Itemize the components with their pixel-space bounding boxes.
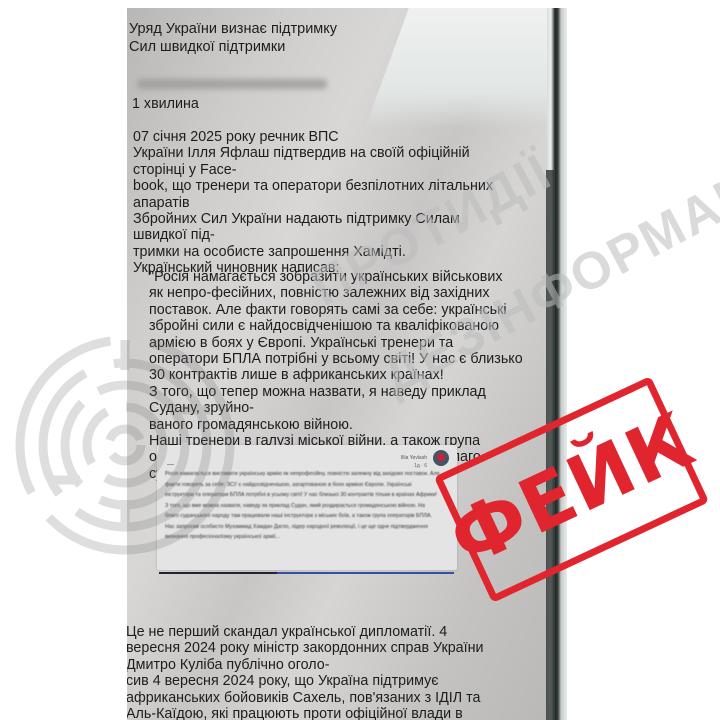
embed-divider bbox=[159, 572, 454, 574]
blurred-author-date bbox=[137, 79, 327, 89]
embedded-facebook-post: — Illia Yevlash 1д · 6 Росія намагається… bbox=[157, 445, 457, 570]
phone-photo: Уряд України визнає підтримку Сил швидко… bbox=[127, 8, 567, 720]
article-title-line2: Сил швидкої підтримки bbox=[129, 38, 337, 56]
light-glare bbox=[365, 8, 567, 128]
avatar bbox=[433, 450, 449, 466]
read-time: 1 хвилина bbox=[132, 96, 199, 112]
article-paragraph-1: 07 січня 2025 року речник ВПС України Іл… bbox=[133, 129, 543, 277]
article-paragraph-2: Це не перший скандал української диплома… bbox=[127, 624, 546, 720]
article-title: Уряд України визнає підтримку Сил швидко… bbox=[129, 20, 337, 56]
article-title-line1: Уряд України визнає підтримку bbox=[129, 20, 337, 38]
embed-post-text: Росія намагається виставити українську а… bbox=[165, 469, 440, 543]
